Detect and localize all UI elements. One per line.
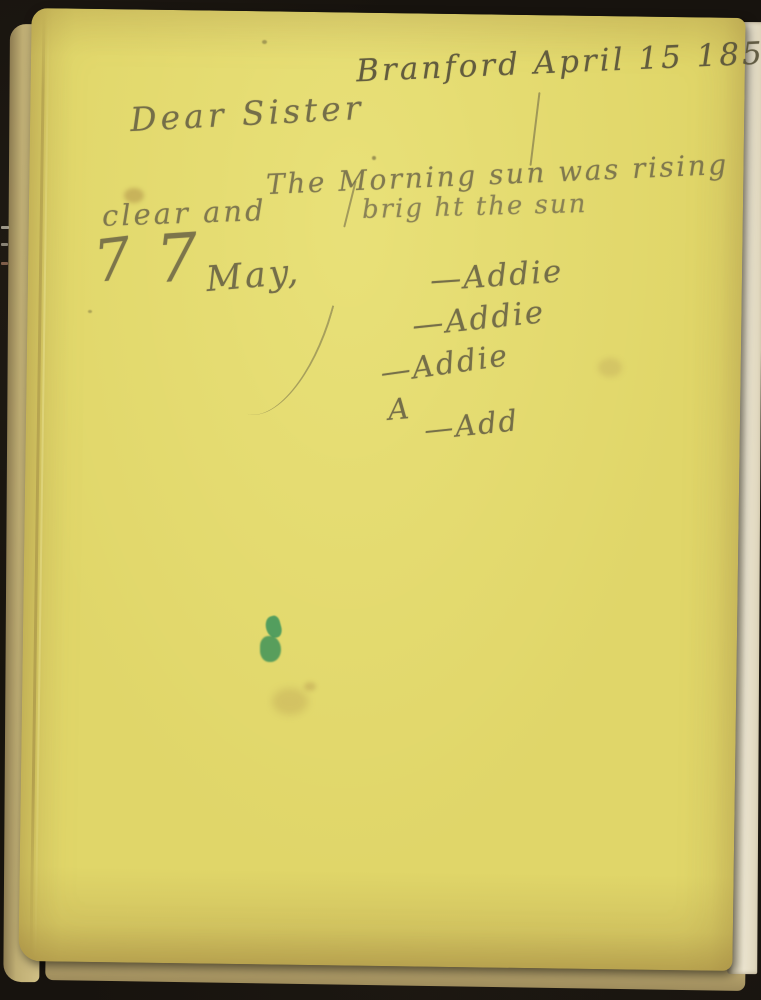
signature-addie-1: —Addie — [429, 253, 565, 298]
signature-addie-2: —Addie — [410, 294, 546, 344]
signature-initial-a: A — [387, 391, 411, 427]
pen-flourish — [234, 287, 335, 429]
paper-speck — [88, 310, 92, 313]
body-line-2-right-handwriting: brig ht the sun — [362, 189, 588, 225]
dateline-handwriting: Branford April 15 1856 — [355, 35, 761, 90]
scanned-letter-scene: Branford April 15 1856 Dear Sister The M… — [0, 0, 761, 1000]
signature-add: —Add — [422, 403, 520, 447]
smudge-stain-dot — [304, 682, 316, 691]
smudge-stain — [272, 688, 308, 715]
scan-edge-mark — [1, 243, 8, 246]
faint-stain — [598, 358, 622, 377]
green-ink-blot-bottom — [260, 636, 281, 662]
scan-edge-mark — [1, 262, 8, 265]
pencil-descender-stroke — [529, 92, 540, 166]
handwriting-layer: Branford April 15 1856 Dear Sister The M… — [0, 0, 761, 1000]
brown-stain-small — [124, 188, 144, 203]
pencil-practice-mark-2: 7 — [153, 219, 200, 299]
signature-addie-3: —Addie — [378, 338, 511, 391]
paper-speck — [372, 156, 376, 160]
scan-edge-mark — [1, 226, 9, 229]
paper-speck — [262, 40, 267, 44]
pencil-practice-mark-1: 7 — [90, 224, 135, 296]
salutation-handwriting: Dear Sister — [129, 88, 365, 139]
